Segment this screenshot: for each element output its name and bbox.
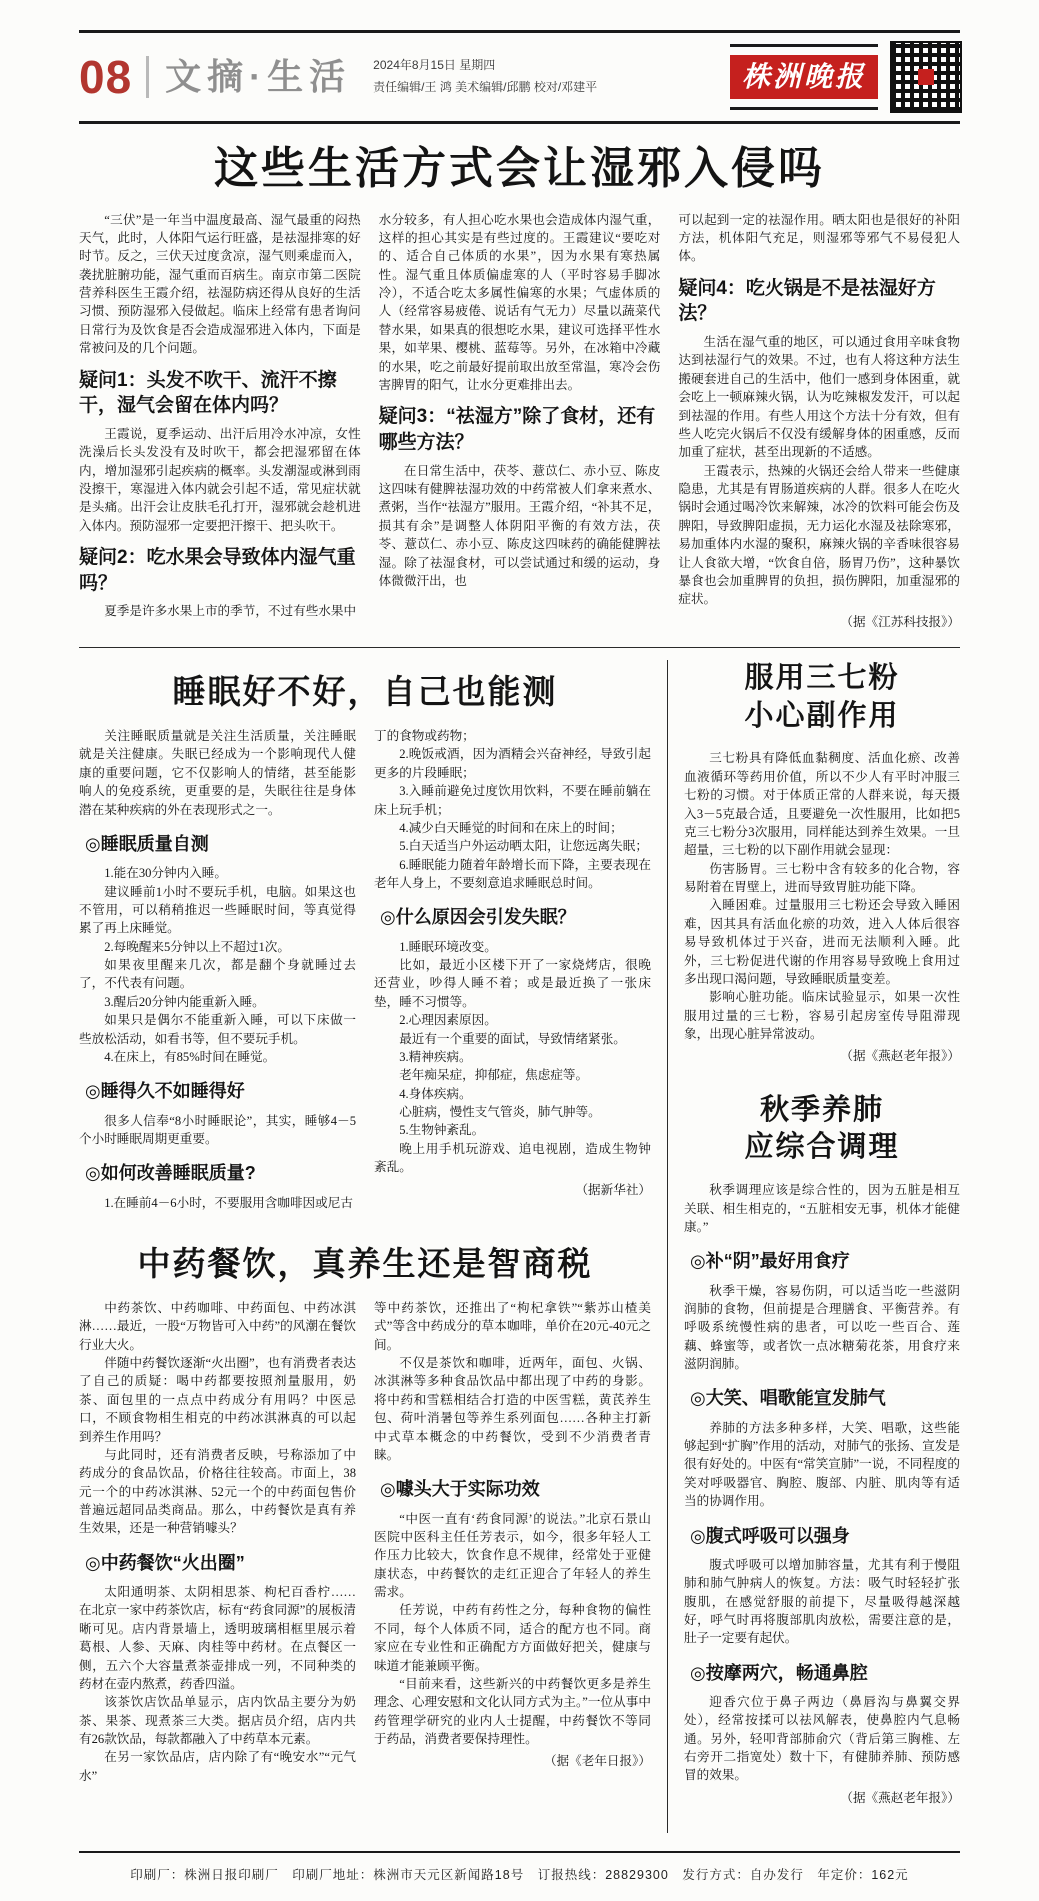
- newspaper-page: 08 文摘·生活 2024年8月15日 星期四 责任编辑/王 鸿 美术编辑/邱鹏…: [0, 0, 1039, 1901]
- article-sanqi-title-line1: 服用三七粉: [684, 660, 960, 698]
- header-rule: [79, 121, 960, 124]
- paragraph: 比如，最近小区楼下开了一家烧烤店，很晚还营业，吵得人睡不着；或是最近换了一张床垫…: [374, 956, 651, 1011]
- page-number: 08: [79, 54, 132, 100]
- article-qiufei-title: 秋季养肺 应综合调理: [684, 1092, 960, 1167]
- sub-heading: ◎睡眠质量自测: [85, 831, 356, 857]
- paragraph: 3.醒后20分钟内能重新入睡。: [79, 993, 356, 1011]
- sub-heading: ◎睡得久不如睡得好: [85, 1078, 356, 1104]
- article-shiye-columns: “三伏”是一年当中温度最高、湿气最重的闷热天气，此时，人体阳气运行旺盛，是祛湿排…: [79, 211, 960, 631]
- paragraph: 王霞表示，热辣的火锅还会给人带来一些健康隐患，尤其是有胃肠道疾病的人群。很多人在…: [678, 462, 960, 609]
- paragraph: 2.每晚醒来5分钟以上不超过1次。: [79, 938, 356, 956]
- paragraph: 迎香穴位于鼻子两边（鼻唇沟与鼻翼交界处），经常按揉可以祛风解表，使鼻腔内气息畅通…: [684, 1693, 960, 1785]
- paragraph: 秋季调理应该是综合性的，因为五脏是相互关联、相生相克的，“五脏相安无事，机体才能…: [684, 1181, 960, 1236]
- paragraph-continued: 等中药茶饮，还推出了“枸杞拿铁”“紫苏山楂美式”等含中药成分的草本咖啡，单价在2…: [374, 1299, 651, 1354]
- paragraph: 夏季是许多水果上市的季节，不过有些水果中: [79, 602, 361, 620]
- paragraph: 伴随中药餐饮逐渐“火出圈”，也有消费者表达了自己的质疑：喝中药都要按照剂量服用，…: [79, 1354, 356, 1446]
- bottom-left-region: 睡眠好不好，自己也能测 关注睡眠质量就是关注生活质量，关注睡眠就是关注健康。失眠…: [79, 660, 667, 1833]
- paragraph: 入睡困难。过量服用三七粉还会导致入睡困难，因其具有活血化瘀的功效，进入人体后很容…: [684, 896, 960, 988]
- masthead-frame: 株洲晚报: [730, 44, 878, 110]
- paragraph: 2.晚饭戒酒，因为酒精会兴奋神经，导致引起更多的片段睡眠；: [374, 745, 651, 782]
- page-header: 08 文摘·生活 2024年8月15日 星期四 责任编辑/王 鸿 美术编辑/邱鹏…: [79, 30, 960, 121]
- paragraph: 该茶饮店饮品单显示，店内饮品主要分为奶茶、果茶、现煮茶三大类。据店员介绍，店内共…: [79, 1693, 356, 1748]
- paragraph: 三七粉具有降低血黏稠度、活血化瘀、改善血液循环等药用价值，所以不少人有平时冲服三…: [684, 749, 960, 859]
- article-shiye: 这些生活方式会让湿邪入侵吗 “三伏”是一年当中温度最高、湿气最重的闷热天气，此时…: [79, 144, 960, 631]
- paragraph: 5.生物钟紊乱。: [374, 1121, 651, 1139]
- date-editors-block: 2024年8月15日 星期四 责任编辑/王 鸿 美术编辑/邱鹏 校对/邓建平: [373, 55, 597, 98]
- article-sleep-columns: 关注睡眠质量就是关注生活质量，关注睡眠就是关注健康。失眠已经成为一个影响现代人健…: [79, 727, 651, 1212]
- paragraph: 如果只是偶尔不能重新入睡，可以下床做一些放松活动，如看书等，但不要玩手机。: [79, 1011, 356, 1048]
- article-qiufei: 秋季养肺 应综合调理 秋季调理应该是综合性的，因为五脏是相互关联、相生相克的，“…: [684, 1092, 960, 1807]
- paragraph: 1.能在30分钟内入睡。: [79, 864, 356, 882]
- question-heading: 疑问2：吃水果会导致体内湿气重吗？: [79, 545, 361, 596]
- source-credit: （据《老年日报》）: [374, 1752, 651, 1770]
- article-column: 等中药茶饮，还推出了“枸杞拿铁”“紫苏山楂美式”等含中药成分的草本咖啡，单价在2…: [374, 1299, 651, 1785]
- article-zhongyao-columns: 中药茶饮、中药咖啡、中药面包、中药冰淇淋……最近，一股“万物皆可入中药”的风潮在…: [79, 1299, 651, 1785]
- paragraph: 腹式呼吸可以增加肺容量，尤其有利于慢阻肺和肺气肿病人的恢复。方法：吸气时轻轻扩张…: [684, 1556, 960, 1648]
- paragraph: 不仅是茶饮和咖啡，近两年，面包、火锅、冰淇淋等多种食品饮品中都出现了中药的身影。…: [374, 1354, 651, 1464]
- question-heading: 疑问4：吃火锅是不是祛湿好方法？: [678, 276, 960, 327]
- masthead-logo: 株洲晚报: [730, 55, 878, 99]
- paragraph: 王霞说，夏季运动、出汗后用冷水冲凉，女性洗澡后长头发没有及时吹干，都会把湿邪留在…: [79, 425, 361, 535]
- article-column: 秋季调理应该是综合性的，因为五脏是相互关联、相生相克的，“五脏相安无事，机体才能…: [684, 1181, 960, 1807]
- article-shiye-title: 这些生活方式会让湿邪入侵吗: [79, 144, 960, 195]
- article-column: 关注睡眠质量就是关注生活质量，关注睡眠就是关注健康。失眠已经成为一个影响现代人健…: [79, 727, 356, 1212]
- question-heading: 疑问1：头发不吹干、流汗不擦干，湿气会留在体内吗？: [79, 368, 361, 419]
- paragraph: 建议睡前1小时不要玩手机，电脑。如果这也不管用，可以稍稍推迟一些睡眠时间，等真觉…: [79, 883, 356, 938]
- paragraph: 4.在床上，有85%时间在睡觉。: [79, 1048, 356, 1066]
- page-footer: 印刷厂：株洲日报印刷厂 印刷厂地址：株洲市天元区新闻路18号 订报热线：2882…: [79, 1851, 960, 1887]
- paragraph: 如果夜里醒来几次，都是翻个身就睡过去了，不代表有问题。: [79, 956, 356, 993]
- article-column: 丁的食物或药物；2.晚饭戒酒，因为酒精会兴奋神经，导致引起更多的片段睡眠；3.入…: [374, 727, 651, 1212]
- paragraph: 关注睡眠质量就是关注生活质量，关注睡眠就是关注健康。失眠已经成为一个影响现代人健…: [79, 727, 356, 819]
- bottom-section: 睡眠好不好，自己也能测 关注睡眠质量就是关注生活质量，关注睡眠就是关注健康。失眠…: [79, 660, 960, 1833]
- paragraph: 3.入睡前避免过度饮用饮料，不要在睡前躺在床上玩手机；: [374, 782, 651, 819]
- sub-heading: ◎腹式呼吸可以强身: [690, 1523, 960, 1549]
- sub-heading: ◎什么原因会引发失眠？: [380, 904, 651, 930]
- paragraph: 影响心脏功能。临床试验显示，如果一次性服用过量的三七粉，容易引起房室传导阻滞现象…: [684, 988, 960, 1043]
- paragraph: 2.心理因素原因。: [374, 1011, 651, 1029]
- source-credit: （据《燕赵老年报》）: [684, 1789, 960, 1807]
- paragraph: 秋季干燥，容易伤阴，可以适当吃一些滋阴润肺的食物，但前提是合理膳食、平衡营养。有…: [684, 1282, 960, 1374]
- sub-heading: ◎按摩两穴，畅通鼻腔: [690, 1660, 960, 1686]
- article-sleep: 睡眠好不好，自己也能测 关注睡眠质量就是关注生活质量，关注睡眠就是关注健康。失眠…: [79, 666, 651, 1212]
- sub-heading: ◎补“阴”最好用食疗: [690, 1248, 960, 1274]
- paragraph: 在另一家饮品店，店内除了有“晚安水”“元气水”: [79, 1748, 356, 1785]
- source-credit: （据《燕赵老年报》）: [684, 1047, 960, 1065]
- paragraph: 1.睡眠环境改变。: [374, 938, 651, 956]
- paragraph: 6.睡眠能力随着年龄增长而下降，主要表现在老年人身上，不要刻意追求睡眠总时间。: [374, 856, 651, 893]
- article-qiufei-title-line2: 应综合调理: [684, 1129, 960, 1167]
- article-zhongyao-title: 中药餐饮，真养生还是智商税: [79, 1238, 651, 1285]
- paragraph: 很多人信奉“8小时睡眠论”，其实，睡够4－5个小时睡眠周期更重要。: [79, 1112, 356, 1149]
- sub-heading: ◎大笑、唱歌能宣发肺气: [690, 1385, 960, 1411]
- paragraph: 最近有一个重要的面试，导致情绪紧张。: [374, 1030, 651, 1048]
- paragraph-continued: 丁的食物或药物；: [374, 727, 651, 745]
- editors-line: 责任编辑/王 鸿 美术编辑/邱鹏 校对/邓建平: [373, 77, 597, 99]
- paragraph: 任芳说，中药有药性之分，每种食物的偏性不同，每个人体质不同，适合的配方也不同。商…: [374, 1601, 651, 1675]
- article-sleep-title: 睡眠好不好，自己也能测: [79, 666, 651, 713]
- paragraph: 生活在湿气重的地区，可以通过食用辛味食物达到祛湿行气的效果。不过，也有人将这种方…: [678, 333, 960, 462]
- paragraph: 太阳通明茶、太阴相思茶、枸杞百香柠……在北京一家中药茶饮店，标有“药食同源”的展…: [79, 1583, 356, 1693]
- article-sanqi-title: 服用三七粉 小心副作用: [684, 660, 960, 735]
- paragraph: “三伏”是一年当中温度最高、湿气最重的闷热天气，此时，人体阳气运行旺盛，是祛湿排…: [79, 211, 361, 358]
- paragraph: “目前来看，这些新兴的中药餐饮更多是养生理念、心理安慰和文化认同方式为主。”一位…: [374, 1675, 651, 1749]
- paragraph-continued: 可以起到一定的祛湿作用。晒太阳也是很好的补阳方法，机体阳气充足，则湿邪等邪气不易…: [678, 211, 960, 266]
- paragraph: 中药茶饮、中药咖啡、中药面包、中药冰淇淋……最近，一股“万物皆可入中药”的风潮在…: [79, 1299, 356, 1354]
- paragraph: “中医一直有‘药食同源’的说法。”北京石景山医院中医科主任任芳表示，如今，很多年…: [374, 1510, 651, 1602]
- article-sanqi-title-line2: 小心副作用: [684, 698, 960, 736]
- article-column: “三伏”是一年当中温度最高、湿气最重的闷热天气，此时，人体阳气运行旺盛，是祛湿排…: [79, 211, 361, 631]
- article-qiufei-title-line1: 秋季养肺: [684, 1092, 960, 1130]
- paragraph: 4.身体疾病。: [374, 1085, 651, 1103]
- sub-heading: ◎噱头大于实际功效: [380, 1476, 651, 1502]
- paragraph: 心脏病，慢性支气管炎，肺气肿等。: [374, 1103, 651, 1121]
- paragraph: 3.精神疾病。: [374, 1048, 651, 1066]
- paragraph: 与此同时，还有消费者反映，号称添加了中药成分的食品饮品，价格往往较高。市面上，3…: [79, 1446, 356, 1538]
- question-heading: 疑问3：“祛湿方”除了食材，还有哪些方法？: [379, 404, 661, 455]
- qr-code-icon: [892, 43, 960, 111]
- article-column: 水分较多，有人担心吃水果也会造成体内湿气重，这样的担心其实是有些过度的。王霞建议…: [379, 211, 661, 631]
- paragraph: 1.在睡前4－6小时，不要服用含咖啡因或尼古: [79, 1194, 356, 1212]
- article-column: 可以起到一定的祛湿作用。晒太阳也是很好的补阳方法，机体阳气充足，则湿邪等邪气不易…: [678, 211, 960, 631]
- bottom-right-region: 服用三七粉 小心副作用 三七粉具有降低血黏稠度、活血化瘀、改善血液循环等药用价值…: [668, 660, 960, 1833]
- section-divider-rule: [79, 647, 960, 648]
- article-sanqi: 服用三七粉 小心副作用 三七粉具有降低血黏稠度、活血化瘀、改善血液循环等药用价值…: [684, 660, 960, 1066]
- section-title: 文摘·生活: [165, 59, 351, 95]
- sub-heading: ◎中药餐饮“火出圈”: [85, 1550, 356, 1576]
- source-credit: （据新华社）: [374, 1181, 651, 1199]
- paragraph: 4.减少白天睡觉的时间和在床上的时间；: [374, 819, 651, 837]
- paragraph: 晚上用手机玩游戏、追电视剧，造成生物钟紊乱。: [374, 1140, 651, 1177]
- masthead-area: 株洲晚报: [730, 43, 960, 111]
- article-column: 中药茶饮、中药咖啡、中药面包、中药冰淇淋……最近，一股“万物皆可入中药”的风潮在…: [79, 1299, 356, 1785]
- paragraph: 养肺的方法多种多样，大笑、唱歌，这些能够起到“扩胸”作用的活动，对肺气的张扬、宣…: [684, 1419, 960, 1511]
- header-divider-bar: [146, 56, 149, 98]
- paragraph-continued: 水分较多，有人担心吃水果也会造成体内湿气重，这样的担心其实是有些过度的。王霞建议…: [379, 211, 661, 395]
- paragraph: 老年痴呆症，抑郁症，焦虑症等。: [374, 1066, 651, 1084]
- paragraph: 5.白天适当户外运动晒太阳，让您远离失眠；: [374, 837, 651, 855]
- date-line: 2024年8月15日 星期四: [373, 55, 597, 77]
- paragraph: 在日常生活中，茯苓、薏苡仁、赤小豆、陈皮这四味有健脾祛湿功效的中药常被人们拿来煮…: [379, 462, 661, 591]
- article-column: 三七粉具有降低血黏稠度、活血化瘀、改善血液循环等药用价值，所以不少人有平时冲服三…: [684, 749, 960, 1065]
- source-credit: （据《江苏科技报》）: [678, 613, 960, 631]
- article-zhongyao: 中药餐饮，真养生还是智商税 中药茶饮、中药咖啡、中药面包、中药冰淇淋……最近，一…: [79, 1238, 651, 1785]
- paragraph: 伤害肠胃。三七粉中含有较多的化合物，容易附着在胃壁上，进而导致胃脏功能下降。: [684, 860, 960, 897]
- sub-heading: ◎如何改善睡眠质量?: [85, 1160, 356, 1186]
